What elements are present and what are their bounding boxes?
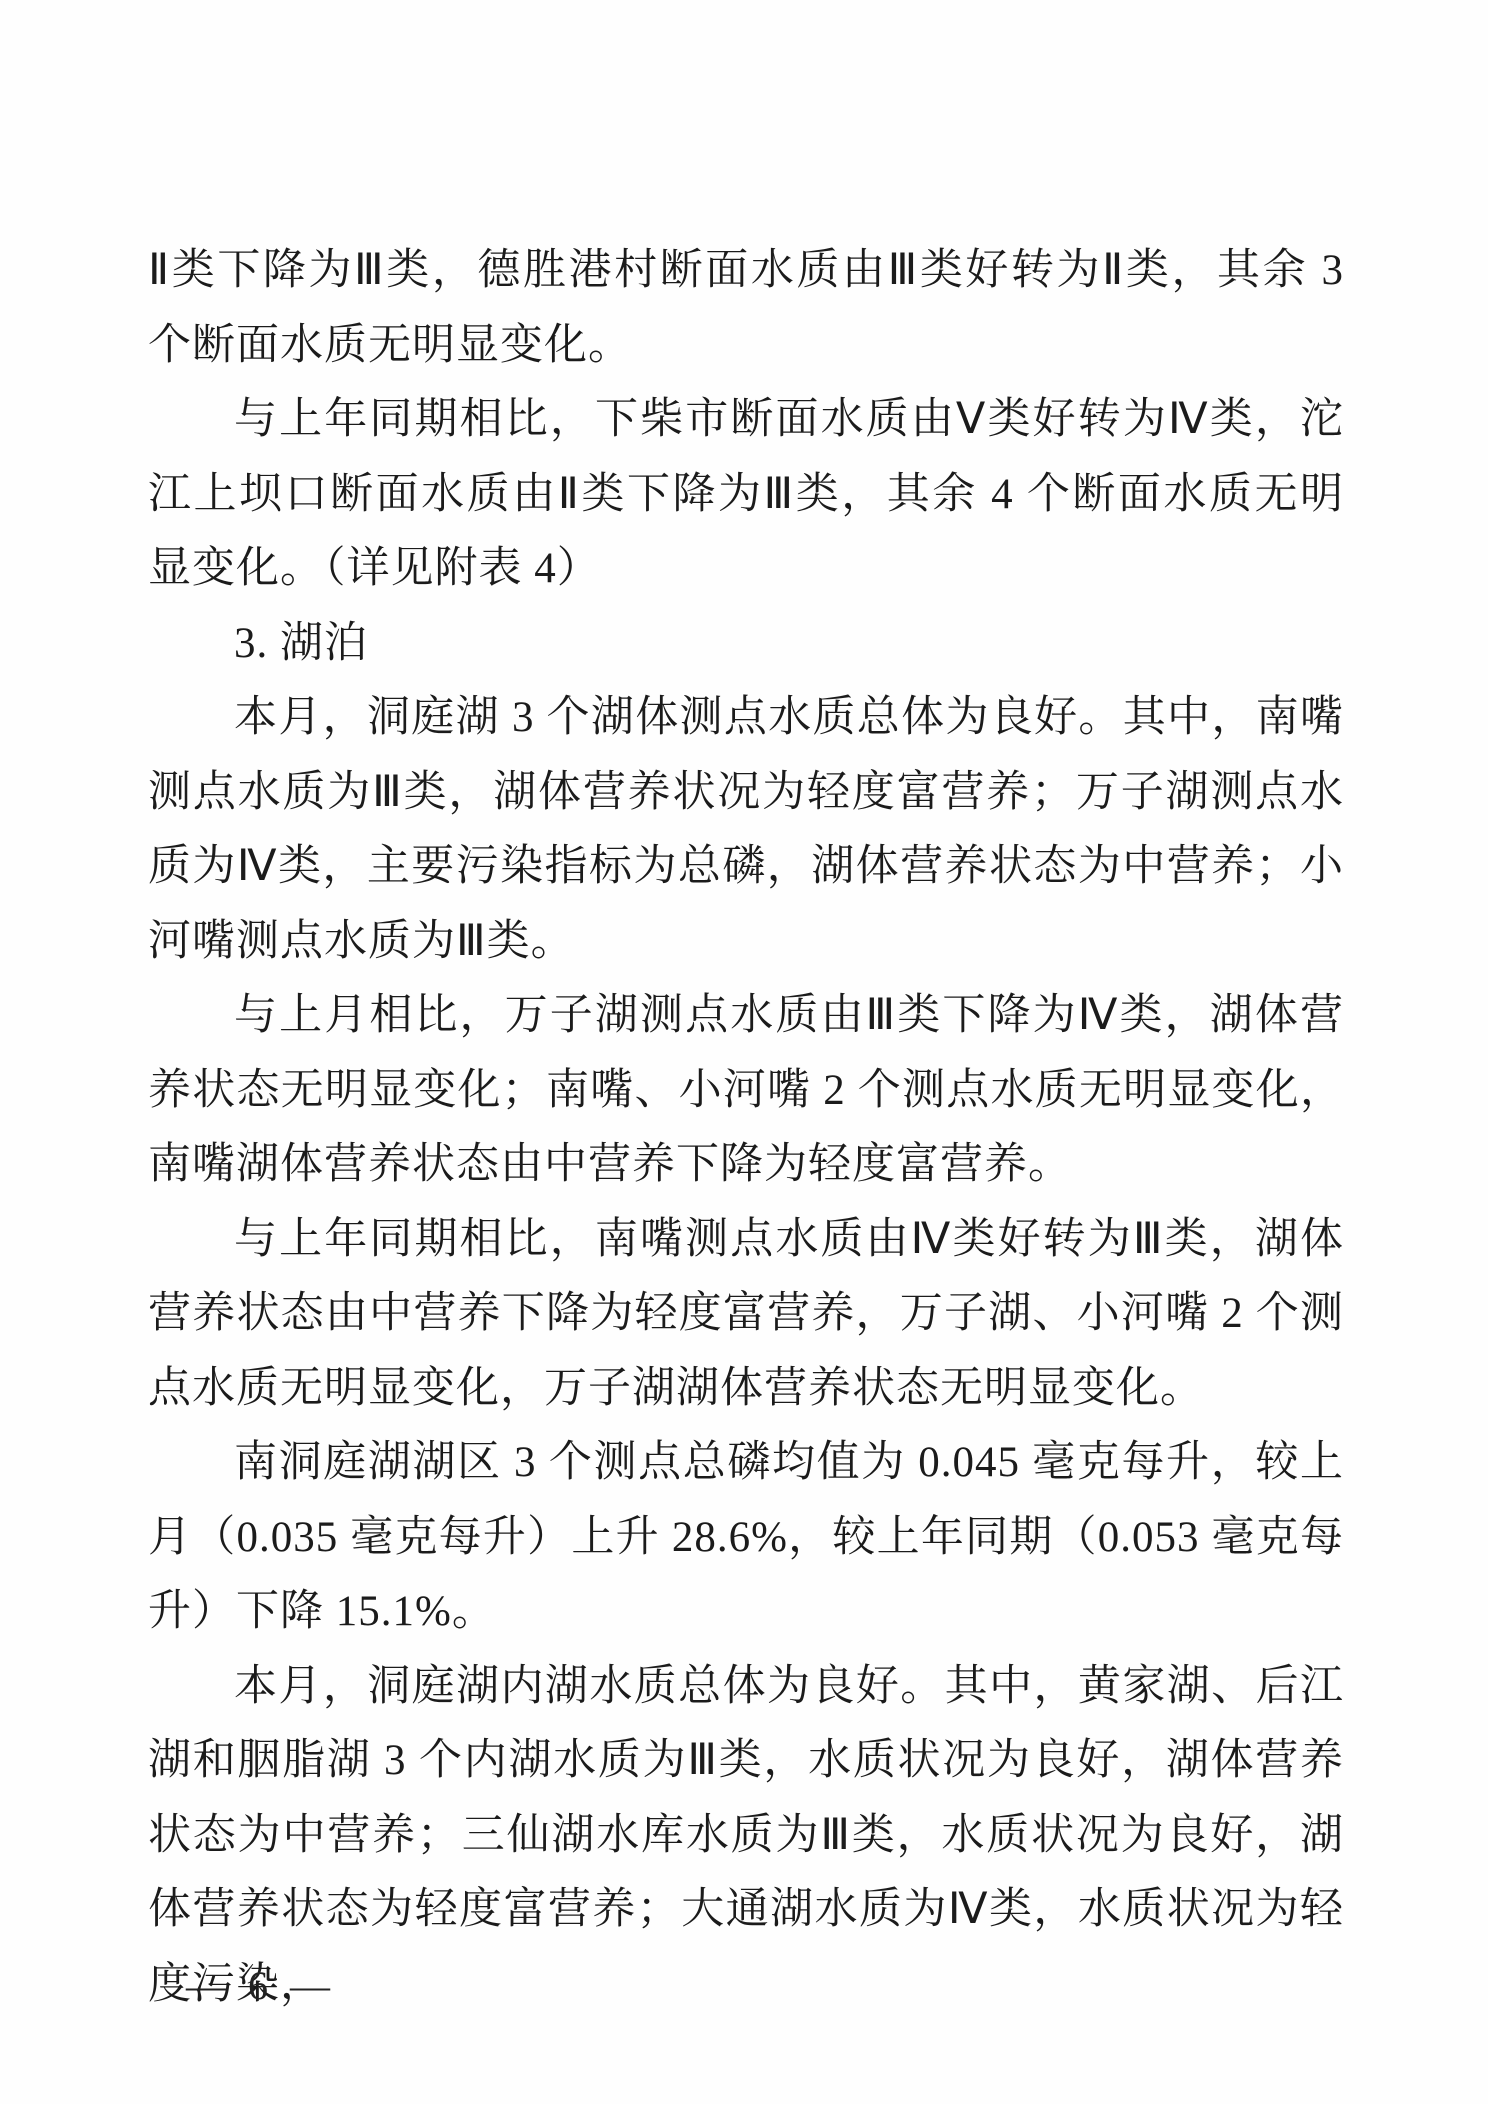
paragraph: 本月，洞庭湖 3 个湖体测点水质总体为良好。其中，南嘴测点水质为Ⅲ类，湖体营养状… bbox=[148, 681, 1344, 979]
paragraph-continuation: Ⅱ类下降为Ⅲ类，德胜港村断面水质由Ⅲ类好转为Ⅱ类，其余 3 个断面水质无明显变化… bbox=[148, 234, 1344, 383]
page-number: — 6 — bbox=[186, 1962, 336, 2010]
paragraph: 与上年同期相比，下柴市断面水质由Ⅴ类好转为Ⅳ类，沱江上坝口断面水质由Ⅱ类下降为Ⅲ… bbox=[148, 383, 1344, 607]
paragraph: 与上年同期相比，南嘴测点水质由Ⅳ类好转为Ⅲ类，湖体营养状态由中营养下降为轻度富营… bbox=[148, 1203, 1344, 1427]
paragraph: 南洞庭湖湖区 3 个测点总磷均值为 0.045 毫克每升，较上月（0.035 毫… bbox=[148, 1426, 1344, 1650]
document-text-block: Ⅱ类下降为Ⅲ类，德胜港村断面水质由Ⅲ类好转为Ⅱ类，其余 3 个断面水质无明显变化… bbox=[148, 234, 1344, 2022]
section-heading-lakes: 3. 湖泊 bbox=[148, 607, 1344, 682]
document-page: Ⅱ类下降为Ⅲ类，德胜港村断面水质由Ⅲ类好转为Ⅱ类，其余 3 个断面水质无明显变化… bbox=[0, 0, 1488, 2104]
paragraph: 与上月相比，万子湖测点水质由Ⅲ类下降为Ⅳ类，湖体营养状态无明显变化；南嘴、小河嘴… bbox=[148, 979, 1344, 1203]
